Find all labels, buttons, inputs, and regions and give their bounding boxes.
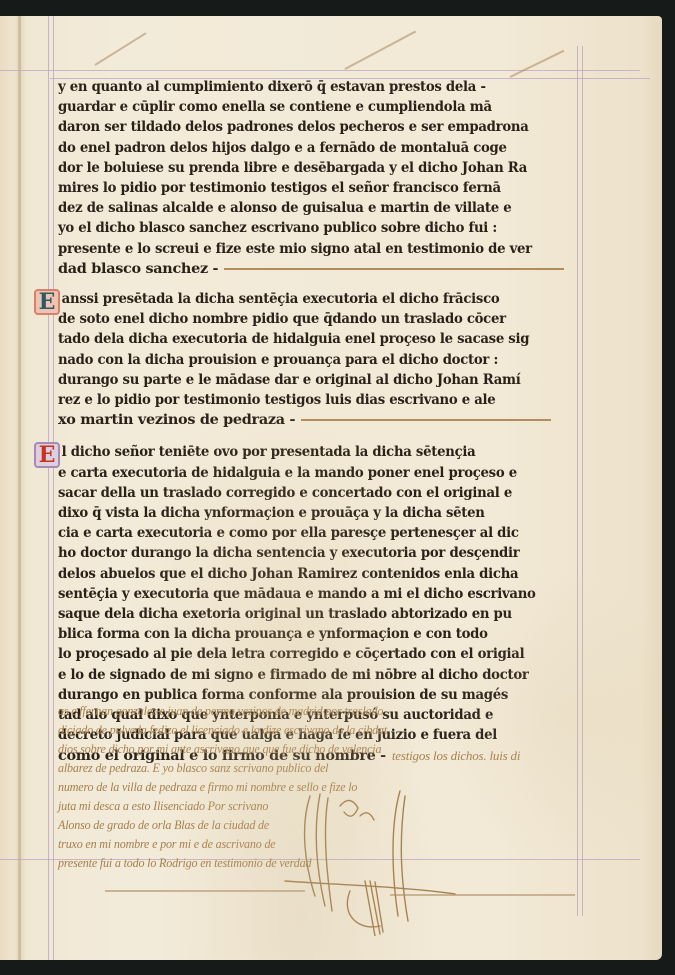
line-filler-flourish: [224, 268, 564, 270]
text-line: yo el dicho blasco sanchez escrivano pub…: [58, 218, 536, 238]
text-line: e lo de signado de mi signo e firmado de…: [58, 665, 536, 685]
text-line: durango su parte e le mādase dar e origi…: [58, 370, 536, 390]
text-line: sentēçia y executoria que mādaua e mando…: [58, 584, 536, 604]
notarial-signature-flourish: [280, 786, 460, 936]
text-line: sacar della un traslado corregido e conc…: [58, 483, 536, 503]
text-line: anssi presētada la dicha sentēçia execut…: [58, 289, 536, 309]
margin-rule-left: [48, 16, 49, 960]
main-text: y en quanto al cumplimiento dixerō q̄ es…: [58, 77, 578, 766]
annotation-line: as e ffernan gonzalez e juan de perma ve…: [58, 701, 551, 720]
paragraph-2: E anssi presētada la dicha sentēçia exec…: [58, 289, 578, 430]
text-line: cia e carta executoria e como por ella p…: [58, 523, 536, 543]
text-line: dad blasco sanchez -: [58, 259, 218, 279]
text-line: dez de salinas alcalde e alonso de guisa…: [58, 198, 536, 218]
text-line: do enel padron delos hijos dalgo e a fer…: [58, 138, 536, 158]
text-line: y en quanto al cumplimiento dixerō q̄ es…: [58, 77, 536, 97]
line-filler-flourish: [301, 419, 551, 421]
text-line: e carta executoria de hidalguia e la man…: [58, 463, 536, 483]
pen-stroke: [510, 50, 565, 78]
text-line: saque dela dicha exetoria original un tr…: [58, 604, 536, 624]
manuscript-page: y en quanto al cumplimiento dixerō q̄ es…: [0, 16, 662, 960]
annotation-line: diçiado de pulveda fedizo el licençiado …: [58, 720, 551, 739]
text-line: dixo q̄ vista la dicha ynformaçion e pro…: [58, 503, 536, 523]
signature-icon: [280, 786, 460, 936]
text-line: mires lo pidio por testimonio testigos e…: [58, 178, 536, 198]
closing-flourish: [105, 890, 305, 892]
annotation-line: dios sobre dicho por mi ante ascrivano q…: [58, 739, 551, 758]
illuminated-initial-blue: E: [36, 291, 58, 313]
text-line: l dicho señor teniēte ovo por presentada…: [58, 442, 536, 462]
paragraph-1: y en quanto al cumplimiento dixerō q̄ es…: [58, 77, 578, 279]
text-line: de soto enel dicho nombre pidio que q̄da…: [58, 309, 536, 329]
text-line: blica forma con la dicha prouança e ynfo…: [58, 624, 536, 644]
text-line: lo proçesado al pie dela letra corregido…: [58, 644, 536, 664]
text-line: dor le boluiese su prenda libre e desēba…: [58, 158, 536, 178]
text-line: nado con la dicha prouision e prouança p…: [58, 350, 536, 370]
text-line: rez e lo pidio por testimonio testigos l…: [58, 390, 536, 410]
pen-stroke: [345, 31, 417, 70]
text-line: tado dela dicha executoria de hidalguia …: [58, 329, 536, 349]
text-line: presente e lo screui e fize este mio sig…: [58, 239, 536, 259]
text-line: delos abuelos que el dicho Johan Ramirez…: [58, 564, 536, 584]
page-gutter: [18, 16, 21, 960]
pen-stroke: [94, 32, 146, 65]
text-line: xo martin vezinos de pedraza -: [58, 410, 295, 430]
top-rule: [0, 70, 640, 71]
annotation-line: albarez de pedraza. E yo blasco sanz scr…: [58, 758, 551, 777]
text-line: ho doctor durango la dicha sentencia y e…: [58, 543, 536, 563]
illuminated-initial-red: E: [36, 444, 58, 466]
text-line: guardar e cūplir como enella se contiene…: [58, 97, 536, 117]
closing-flourish: [390, 894, 575, 896]
margin-rule-left-inner: [53, 16, 54, 960]
text-line: daron ser tildado delos padrones delos p…: [58, 117, 536, 137]
